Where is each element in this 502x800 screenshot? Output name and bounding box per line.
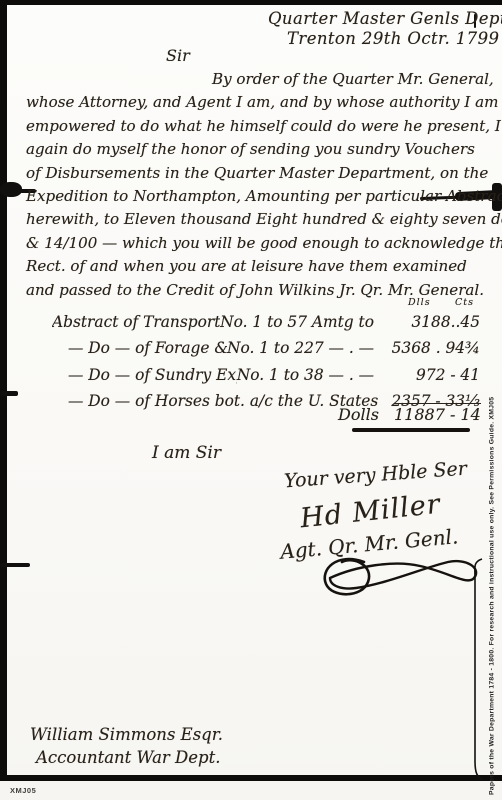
column-header-dollars: Dlls bbox=[408, 297, 431, 308]
document-scan: Quarter Master Genls Dept. Trenton 29th … bbox=[0, 0, 502, 800]
body-line: Rect. of and when you are at leisure hav… bbox=[26, 255, 482, 278]
abstract-row-label: Abstract of Transportation bbox=[52, 309, 220, 335]
abstract-row: Abstract of Transportation No. 1 to 57 A… bbox=[52, 309, 480, 335]
abstract-table: Abstract of Transportation No. 1 to 57 A… bbox=[52, 309, 480, 415]
body-line: again do myself the honor of sending you… bbox=[26, 138, 482, 161]
scan-bottom-border bbox=[0, 775, 502, 781]
abstract-row-label: — Do — of Horses bot. a/c the U. States bbox=[52, 388, 384, 414]
abstract-total: Dolls 11887 - 14 bbox=[338, 405, 481, 424]
dept-heading: Quarter Master Genls Dept. bbox=[268, 9, 502, 28]
total-label: Dolls bbox=[338, 405, 379, 424]
abstract-row-amount: 972 - 41 bbox=[384, 362, 480, 388]
scan-top-border bbox=[0, 0, 502, 5]
abstract-row-range: No. 1 to 57 Amtg to bbox=[220, 309, 374, 335]
body-line: empowered to do what he himself could do… bbox=[26, 115, 482, 138]
body-line: herewith, to Eleven thousand Eight hundr… bbox=[26, 208, 482, 231]
abstract-row-range: No. 1 to 38 — . — bbox=[237, 362, 374, 388]
body-line: & 14/100 — which you will be good enough… bbox=[26, 232, 482, 255]
total-amount: 11887 - 14 bbox=[394, 403, 481, 424]
scan-left-border bbox=[0, 0, 7, 780]
abstract-row-amount: 5368 . 94¾ bbox=[384, 335, 480, 361]
ink-blot bbox=[0, 563, 30, 567]
body-line: of Disbursements in the Quarter Master D… bbox=[26, 162, 482, 185]
closing-line: I am Sir bbox=[152, 443, 221, 463]
ink-blot bbox=[0, 391, 18, 396]
archive-stamp: Papers of the War Department 1784 - 1800… bbox=[485, 393, 499, 795]
closing-line: Your very Hble Ser bbox=[283, 458, 467, 493]
abstract-row-label: — Do — of Sundry Expences .. bbox=[52, 362, 237, 388]
total-underline bbox=[352, 428, 470, 432]
abstract-row: — Do — of Sundry Expences .. No. 1 to 38… bbox=[52, 362, 480, 388]
body-line: Expedition to Northampton, Amounting per… bbox=[26, 185, 482, 208]
dateline: Trenton 29th Octr. 1799 bbox=[287, 29, 499, 48]
letter-body: By order of the Quarter Mr. General, who… bbox=[26, 68, 482, 302]
body-line: whose Attorney, and Agent I am, and by w… bbox=[26, 91, 482, 114]
salutation: Sir bbox=[166, 46, 190, 65]
abstract-row: — Do — of Forage &c . . . No. 1 to 227 —… bbox=[52, 335, 480, 361]
column-header-cents: Cts bbox=[455, 297, 474, 308]
addressee-name: William Simmons Esqr. bbox=[30, 725, 223, 744]
abstract-row-label: — Do — of Forage &c . . . bbox=[52, 335, 227, 361]
abstract-row-amount: 3188..45 bbox=[384, 309, 480, 335]
signature-flourish bbox=[316, 548, 488, 606]
addressee-title: Accountant War Dept. bbox=[36, 748, 220, 767]
margin-bracket bbox=[468, 557, 484, 783]
archive-code: XMJ05 bbox=[10, 786, 36, 795]
abstract-row-range: No. 1 to 227 — . — bbox=[227, 335, 374, 361]
body-line: By order of the Quarter Mr. General, bbox=[26, 68, 482, 91]
